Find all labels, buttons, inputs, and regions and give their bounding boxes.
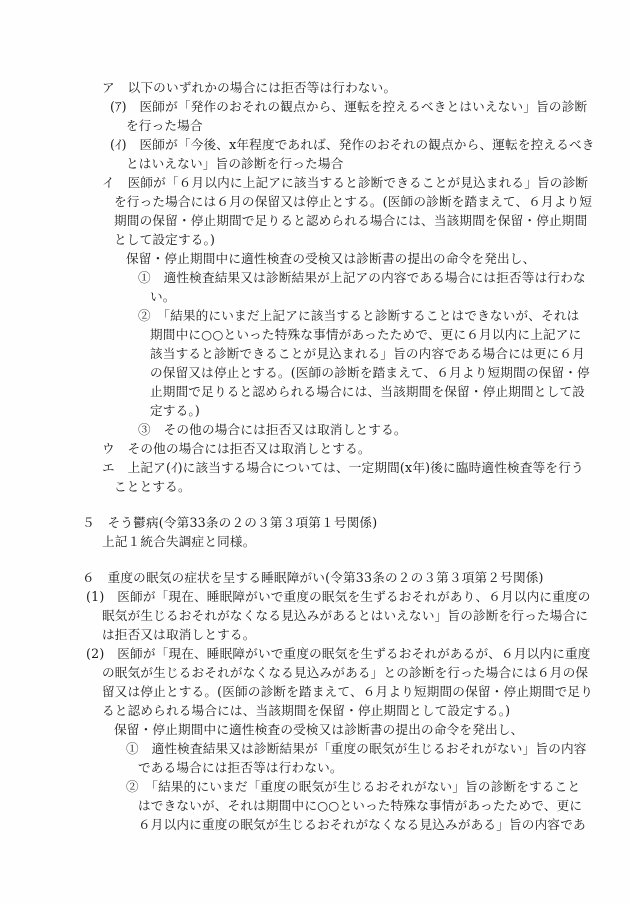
text-line: ６月以内に重度の眠気が生じるおそれがなくなる見込みがある」旨の内容であ [138, 817, 586, 833]
text-line: い。 [150, 289, 176, 305]
text-line: ① 適性検査結果又は診断結果が「重度の眠気が生じるおそれがない」旨の内容 [126, 741, 587, 757]
text-line: ② 「結果的にいまだ上記アに該当すると診断することはできないが、それは [138, 308, 579, 324]
text-line: 保留・停止期間中に適性検査の受検又は診断書の提出の命令を発出し、 [126, 251, 535, 267]
text-line: 定する。) [150, 403, 200, 419]
text-line: ① 適性検査結果又は診断結果が上記アの内容である場合には拒否等は行わな [138, 270, 586, 286]
text-line: を行った場合 [126, 118, 203, 134]
text-line: 上記１統合失調症と同様。 [102, 534, 256, 550]
text-line: (ｱ) 医師が「発作のおそれの観点から、運転を控えるべきとはいえない」旨の診断 [110, 99, 587, 115]
text-line: 保留・停止期間中に適性検査の受検又は診断書の提出の命令を発出し、 [114, 722, 523, 738]
text-line: (1) 医師が「現在、睡眠障がいで重度の眠気を生ずるおそれがあり、６月以内に重度… [86, 589, 591, 605]
text-line: こととする。 [114, 479, 191, 495]
text-line: の眠気が生じるおそれがなくなる見込みがある」との診断を行った場合には６月の保 [102, 665, 588, 681]
text-line: として設定する。) [114, 232, 215, 248]
document-page: ア 以下のいずれかの場合には拒否等は行わない。(ｱ) 医師が「発作のおそれの観点… [0, 0, 630, 903]
text-line: とはいえない」旨の診断を行った場合 [126, 156, 344, 172]
text-line: ア 以下のいずれかの場合には拒否等は行わない。 [102, 80, 396, 96]
text-line: である場合には拒否等は行わない。 [138, 760, 343, 776]
text-line: エ 上記ア(ｲ)に該当する場合については、一定期間(x年)後に臨時適性検査等を行… [102, 460, 584, 476]
text-line: 眠気が生じるおそれがなくなる見込みがあるとはいえない」旨の診断を行った場合に [102, 608, 588, 624]
text-line: ③ その他の場合には拒否又は取消しとする。 [138, 422, 407, 438]
text-line: を行った場合には６月の保留又は停止とする。(医師の診断を踏まえて、６月より短 [114, 194, 592, 210]
text-line: ６ 重度の眠気の症状を呈する睡眠障がい(令第33条の２の３第３項第２号関係) [82, 570, 544, 586]
text-line: (2) 医師が「現在、睡眠障がいで重度の眠気を生ずるおそれがあるが、６月以内に重… [86, 646, 591, 662]
text-line: ５ そう鬱病(令第33条の２の３第３項第１号関係) [82, 515, 377, 531]
text-line: の保留又は停止とする。(医師の診断を踏まえて、６月より短期間の保留・停 [150, 365, 590, 381]
text-line: ウ その他の場合には拒否又は取消しとする。 [102, 441, 371, 457]
text-line: 該当すると診断できることが見込まれる」旨の内容である場合には更に６月 [150, 346, 585, 362]
text-line: ると認められる場合には、当該期間を保留・停止期間として設定する。) [102, 703, 510, 719]
text-line: はできないが、それは期間中に○○といった特殊な事情があったためで、更に [138, 798, 582, 814]
text-line: イ 医師が「６月以内に上記アに該当すると診断できることが見込まれる」旨の診断 [102, 175, 588, 191]
text-line: (ｲ) 医師が「今後、x年程度であれば、発作のおそれの観点から、運転を控えるべき [110, 137, 595, 153]
text-line: 留又は停止とする。(医師の診断を踏まえて、６月より短期間の保留・停止期間で足り [102, 684, 593, 700]
text-line: 期間中に○○といった特殊な事情があったためで、更に６月以内に上記アに [150, 327, 581, 343]
text-line: ② 「結果的にいまだ「重度の眠気が生じるおそれがない」旨の診断をすること [126, 779, 580, 795]
text-line: 止期間で足りると認められる場合には、当該期間を保留・停止期間として設 [150, 384, 585, 400]
text-line: 期間の保留・停止期間で足りると認められる場合には、当該期間を保留・停止期間 [114, 213, 587, 229]
text-line: は拒否又は取消しとする。 [102, 627, 256, 643]
